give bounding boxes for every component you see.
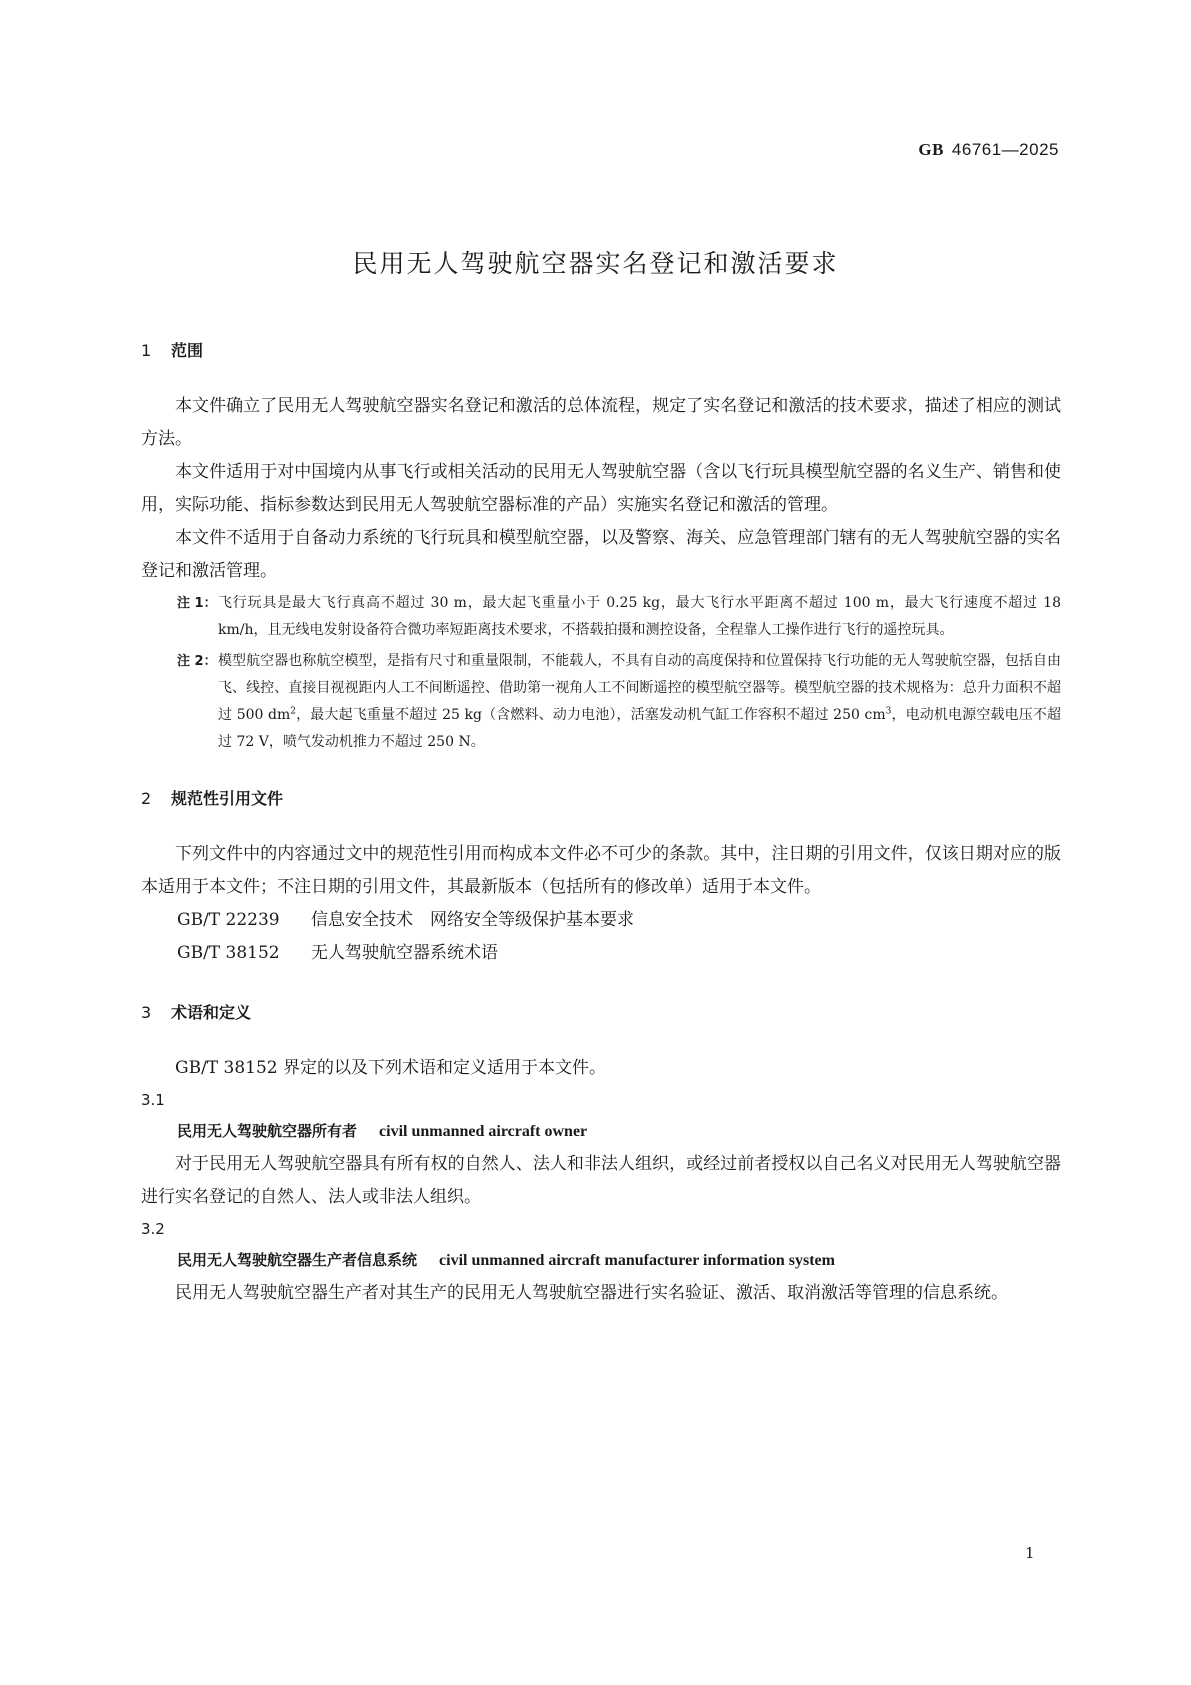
section-number: 2 [141, 786, 171, 812]
terms-intro: GB/T 38152 界定的以及下列术语和定义适用于本文件。 [141, 1052, 1061, 1085]
term-en: civil unmanned aircraft owner [379, 1123, 587, 1140]
reference-title: 信息安全技术 网络安全等级保护基本要求 [311, 910, 634, 930]
note-text: 飞行玩具是最大飞行真高不超过 30 m，最大起飞重量小于 0.25 kg，最大飞… [218, 595, 1061, 638]
section-heading-normative-references: 2规范性引用文件 [141, 786, 1061, 812]
term-definition: 对于民用无人驾驶航空器具有所有权的自然人、法人和非法人组织，或经过前者授权以自己… [141, 1148, 1061, 1214]
document-page: GB46761—2025 民用无人驾驶航空器实名登记和激活要求 1范围 本文件确… [0, 0, 1191, 1685]
term-en: civil unmanned aircraft manufacturer inf… [439, 1252, 835, 1269]
note-text-b: ，最大起飞重量不超过 25 kg（含燃料、动力电池），活塞发动机气缸工作容积不超… [296, 707, 886, 723]
section-title: 规范性引用文件 [171, 789, 283, 808]
document-body: 1范围 本文件确立了民用无人驾驶航空器实名登记和激活的总体流程，规定了实名登记和… [141, 338, 1061, 1310]
clause-number: 3.1 [141, 1085, 1061, 1115]
page-number: 1 [1025, 1544, 1035, 1562]
standard-prefix: GB [918, 140, 944, 159]
term-zh: 民用无人驾驶航空器所有者 [177, 1122, 357, 1140]
reference-item: GB/T 22239信息安全技术 网络安全等级保护基本要求 [141, 904, 1061, 937]
reference-title: 无人驾驶航空器系统术语 [311, 943, 498, 963]
note-1: 注 1： 飞行玩具是最大飞行真高不超过 30 m，最大起飞重量小于 0.25 k… [141, 590, 1061, 644]
scope-paragraph-3: 本文件不适用于自备动力系统的飞行玩具和模型航空器，以及警察、海关、应急管理部门辖… [141, 522, 1061, 588]
note-2: 注 2： 模型航空器也称航空模型，是指有尺寸和重量限制，不能载人，不具有自动的高… [141, 648, 1061, 756]
term-heading: 民用无人驾驶航空器生产者信息系统civil unmanned aircraft … [141, 1244, 1061, 1277]
reference-code: GB/T 22239 [177, 904, 311, 937]
section-heading-scope: 1范围 [141, 338, 1061, 364]
section-title: 术语和定义 [171, 1003, 251, 1022]
scope-paragraph-2: 本文件适用于对中国境内从事飞行或相关活动的民用无人驾驶航空器（含以飞行玩具模型航… [141, 456, 1061, 522]
standard-number: 46761—2025 [952, 140, 1059, 159]
section-number: 1 [141, 338, 171, 364]
section-title: 范围 [171, 341, 203, 360]
reference-code: GB/T 38152 [177, 937, 311, 970]
standard-code: GB46761—2025 [918, 140, 1059, 160]
term-definition: 民用无人驾驶航空器生产者对其生产的民用无人驾驶航空器进行实名验证、激活、取消激活… [141, 1277, 1061, 1310]
section-number: 3 [141, 1000, 171, 1026]
note-label: 注 1： [177, 590, 217, 617]
reference-item: GB/T 38152无人驾驶航空器系统术语 [141, 937, 1061, 970]
document-title: 民用无人驾驶航空器实名登记和激活要求 [0, 244, 1191, 280]
scope-paragraph-1: 本文件确立了民用无人驾驶航空器实名登记和激活的总体流程，规定了实名登记和激活的技… [141, 390, 1061, 456]
section-heading-terms: 3术语和定义 [141, 1000, 1061, 1026]
note-label: 注 2： [177, 648, 217, 675]
clause-number: 3.2 [141, 1214, 1061, 1244]
term-zh: 民用无人驾驶航空器生产者信息系统 [177, 1251, 417, 1269]
term-heading: 民用无人驾驶航空器所有者civil unmanned aircraft owne… [141, 1115, 1061, 1148]
references-paragraph: 下列文件中的内容通过文中的规范性引用而构成本文件必不可少的条款。其中，注日期的引… [141, 838, 1061, 904]
